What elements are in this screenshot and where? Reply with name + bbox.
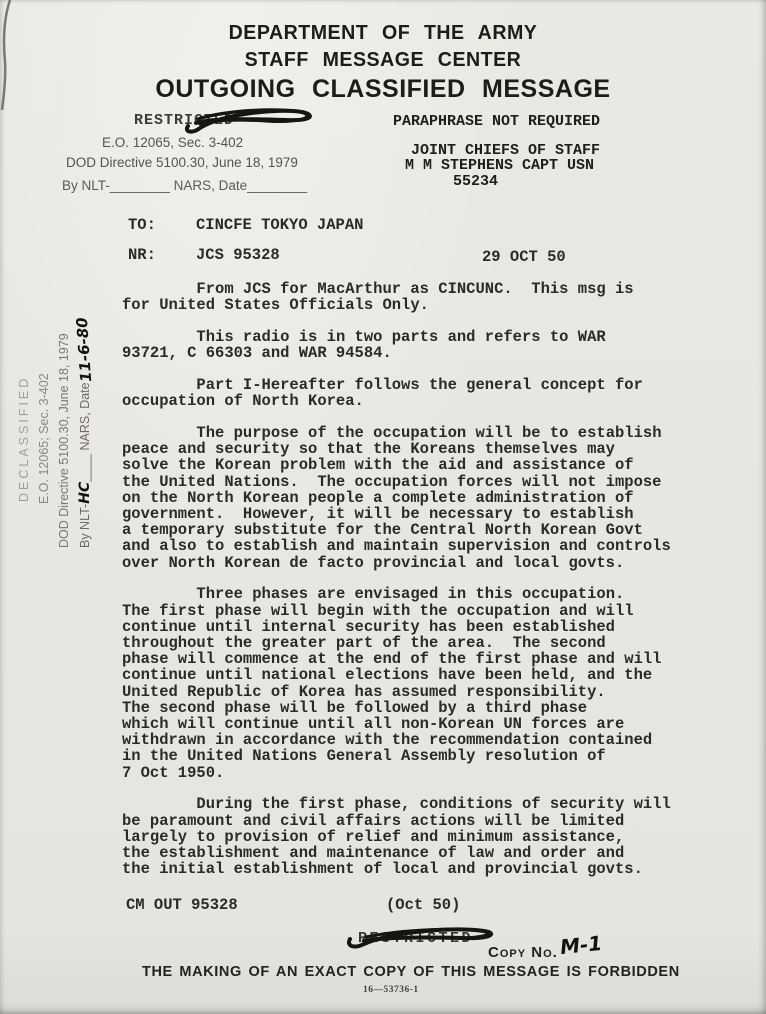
paragraph-4: The purpose of the occupation will be to… — [122, 425, 678, 571]
header-line-2: STAFF MESSAGE CENTER — [8, 47, 759, 74]
declassified-stamp: DECLASSIFIED E.O. 12065; Sec. 3-402 DOD … — [14, 312, 106, 548]
stamp-dod-line: DOD Directive 5100.30, June 18, 1979 — [66, 153, 307, 173]
classification-marking-bottom: RESTRICTED — [358, 930, 473, 947]
message-body: From JCS for MacArthur as CINCUNC. This … — [122, 281, 678, 893]
by-initials-handwritten: HC — [77, 482, 93, 504]
stamp-by-line: By NLT-________ NARS, Date________ — [62, 176, 307, 196]
regrade-stamp: RESTRICTED E.O. 12065, Sec. 3-402 DOD Di… — [60, 110, 307, 196]
nr-label: NR: — [128, 246, 156, 264]
cm-out-date: (Oct 50) — [386, 896, 460, 914]
cm-out-number: CM OUT 95328 — [126, 896, 238, 914]
by-mid: ____ NARS, Date — [78, 382, 92, 481]
declassified-by-line: By NLT-HC____ NARS, Date11-6-80 — [74, 312, 95, 548]
stamp-eo-line: E.O. 12065, Sec. 3-402 — [102, 133, 307, 153]
copy-forbidden-notice: THE MAKING OF AN EXACT COPY OF THIS MESS… — [142, 964, 680, 980]
form-print-code: 16—53736-1 — [363, 985, 419, 995]
classification-marking-top: RESTRICTED — [134, 111, 234, 131]
to-value: CINCFE TOKYO JAPAN — [196, 216, 363, 234]
declassified-dod-line: DOD Directive 5100.30, June 18, 1979 — [54, 312, 74, 548]
copy-number-handwritten: M-1 — [559, 931, 603, 959]
copy-number-label: Copy No. — [488, 944, 558, 961]
header-line-3: OUTGOING CLASSIFIED MESSAGE — [0, 75, 766, 104]
to-label: TO: — [128, 216, 156, 234]
paragraph-6: During the first phase, conditions of se… — [122, 796, 678, 877]
originating-agency: JOINT CHIEFS OF STAFF — [411, 143, 600, 159]
nr-value: JCS 95328 — [196, 246, 280, 264]
form-header: DEPARTMENT OF THE ARMY STAFF MESSAGE CEN… — [0, 20, 766, 104]
document-page: DEPARTMENT OF THE ARMY STAFF MESSAGE CEN… — [0, 0, 766, 1014]
by-prefix: By NLT- — [78, 504, 92, 548]
header-line-1: DEPARTMENT OF THE ARMY — [8, 20, 759, 47]
paragraph-3: Part I-Hereafter follows the general con… — [122, 377, 678, 409]
paragraph-5: Three phases are envisaged in this occup… — [122, 586, 678, 780]
paragraph-1: From JCS for MacArthur as CINCUNC. This … — [122, 281, 678, 313]
routing-block: PARAPHRASE NOT REQUIRED JOINT CHIEFS OF … — [393, 114, 600, 189]
message-date: 29 OCT 50 — [482, 248, 566, 266]
declassified-eo-line: E.O. 12065; Sec. 3-402 — [34, 312, 54, 504]
releaser-number: 55234 — [453, 174, 600, 190]
declassified-word: DECLASSIFIED — [14, 312, 34, 502]
date-handwritten: 11-6-80 — [72, 317, 96, 383]
paragraph-2: This radio is in two parts and refers to… — [122, 329, 678, 361]
releasing-officer: M M STEPHENS CAPT USN — [405, 158, 600, 174]
classification-marking-bottom-wrap: RESTRICTED — [358, 929, 473, 947]
paraphrase-notice: PARAPHRASE NOT REQUIRED — [393, 114, 600, 130]
